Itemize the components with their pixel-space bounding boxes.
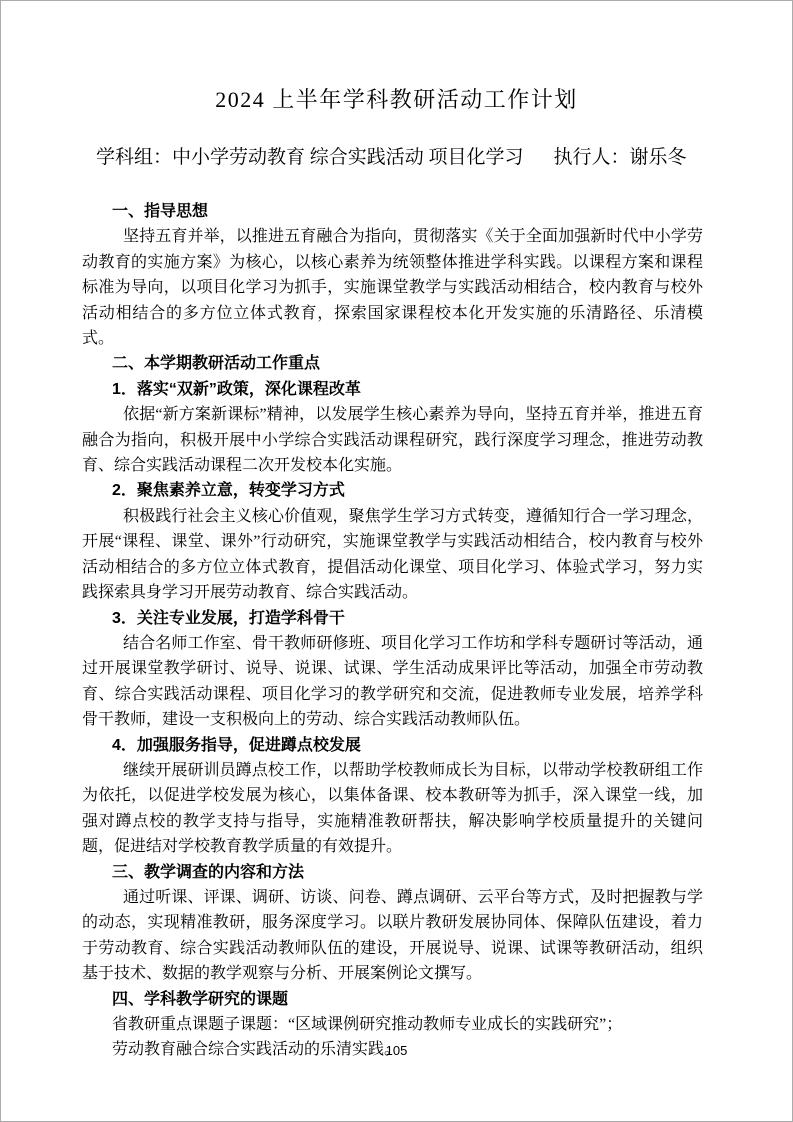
document-title: 2024 上半年学科教研活动工作计划 [0,0,793,116]
executor-label: 执行人：谢乐冬 [554,147,687,168]
document-page: 2024 上半年学科教研活动工作计划 学科组：中小学劳动教育 综合实践活动 项目… [0,0,793,1122]
subsection-heading-1: 1．落实“双新”政策，深化课程改革 [82,377,703,402]
subject-group-label: 学科组：中小学劳动教育 综合实践活动 项目化学习 [96,147,524,168]
section-heading-4: 四、学科教学研究的课题 [82,987,703,1012]
paragraph: 依据“新方案新课标”精神，以发展学生核心素养为导向，坚持五育并举，推进五育融合为… [82,402,703,478]
section-heading-2: 二、本学期教研活动工作重点 [82,351,703,376]
paragraph: 继续开展研训员蹲点校工作，以帮助学校教师成长为目标，以带动学校教研组工作为依托，… [82,758,703,860]
paragraph: 坚持五育并举，以推进五育融合为指向，贯彻落实《关于全面加强新时代中小学劳动教育的… [82,224,703,351]
paragraph: 积极践行社会主义核心价值观，聚焦学生学习方式转变，遵循知行合一学习理念，开展“课… [82,504,703,606]
paragraph: 通过听课、评课、调研、访谈、问卷、蹲点调研、云平台等方式，及时把握教与学的动态，… [82,885,703,987]
research-topic-line: 省教研重点课题子课题：“区域课例研究推动教师专业成长的实践研究”； [82,1012,703,1037]
subsection-heading-3: 3．关注专业发展，打造学科骨干 [82,606,703,631]
subsection-heading-2: 2．聚焦素养立意，转变学习方式 [82,478,703,503]
section-heading-3: 三、教学调查的内容和方法 [82,860,703,885]
page-number: 105 [0,1043,793,1058]
document-body: 一、指导思想 坚持五育并举，以推进五育融合为指向，贯彻落实《关于全面加强新时代中… [0,199,793,1063]
section-heading-1: 一、指导思想 [82,199,703,224]
subject-group-line: 学科组：中小学劳动教育 综合实践活动 项目化学习执行人：谢乐冬 [0,144,793,171]
paragraph: 结合名师工作室、骨干教师研修班、项目化学习工作坊和学科专题研讨等活动，通过开展课… [82,631,703,733]
subsection-heading-4: 4．加强服务指导，促进蹲点校发展 [82,733,703,758]
